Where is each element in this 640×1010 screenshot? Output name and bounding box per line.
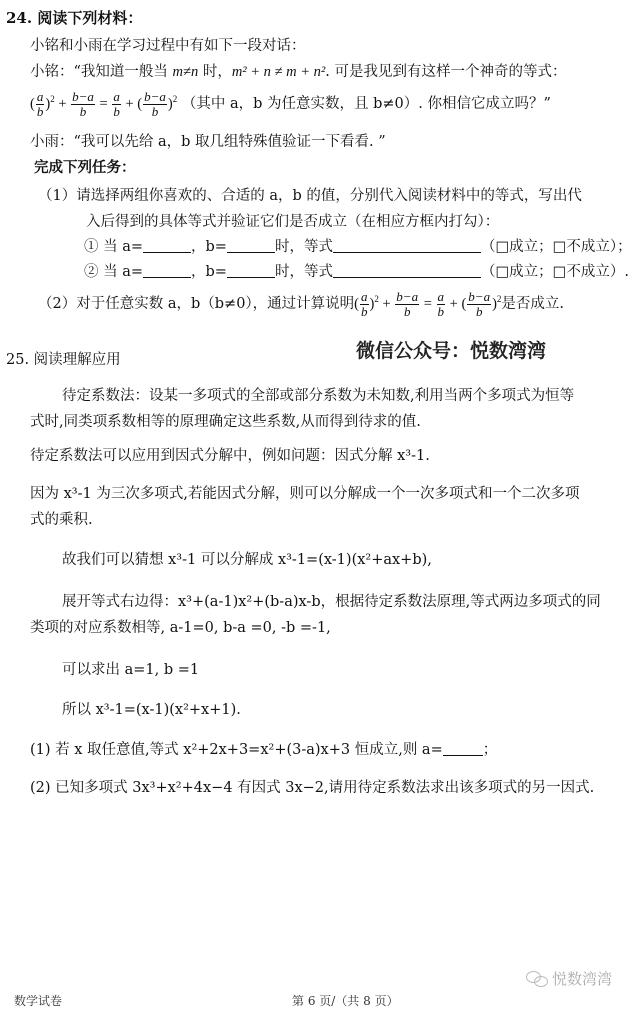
dialog-text: . 可是我见到有这样一个神奇的等式：	[325, 64, 566, 80]
identity-condition: （其中 a，b 为任意实数，且 b≠0）. 你相信它成立吗？”	[182, 96, 551, 112]
wechat-watermark: 微信公众号：悦数湾湾	[356, 336, 546, 363]
q25-p4: 故我们可以猜想 x³-1 可以分解成 x³-1=(x-1)(x²+ax+b),	[62, 550, 432, 570]
identity-formula: (ab)2 + b−ab = ab + (b−ab)2	[354, 296, 501, 312]
q24-task1-line1: （1）请选择两组你喜欢的、合适的 a，b 的值，分别代入阅读材料中的等式，写出代	[38, 186, 582, 206]
q24-identity-line: (ab)2 + b−ab = ab + (b−ab)2 （其中 a，b 为任意实…	[30, 88, 551, 120]
q24-number: 24.	[6, 9, 32, 27]
task-text: 是否成立.	[501, 296, 564, 312]
answer-blank-a1[interactable]	[143, 238, 191, 253]
q25-task1: (1) 若 x 取任意值,等式 x²+2x+3=x²+(3-a)x+3 恒成立,…	[30, 740, 497, 760]
answer-blank-eq1[interactable]	[333, 238, 481, 253]
answer-blank-eq2[interactable]	[333, 263, 481, 278]
task-text: ；	[483, 742, 498, 758]
q25-p7: 所以 x³-1=(x-1)(x²+x+1).	[62, 700, 241, 720]
checkbox-options: （□成立；□不成立）；	[481, 239, 632, 255]
q24-heading: 24. 阅读下列材料：	[6, 8, 142, 28]
q24-title: 阅读下列材料：	[37, 9, 142, 27]
q25-p2: 待定系数法可以应用到因式分解中，例如问题：因式分解 x³-1.	[30, 446, 430, 466]
q24-intro: 小铭和小雨在学习过程中有如下一段对话：	[30, 36, 306, 56]
q25-number: 25.	[6, 352, 29, 368]
inequality-math: m² + n ≠ m + n²	[232, 64, 325, 80]
q25-task2: (2) 已知多项式 3x³+x²+4x−4 有因式 3x−2,请用待定系数法求出…	[30, 778, 594, 798]
q25-title: 阅读理解应用	[34, 352, 121, 368]
answer-blank-b1[interactable]	[227, 238, 275, 253]
answer-blank-a2[interactable]	[143, 263, 191, 278]
logo-text: 悦数湾湾	[552, 968, 612, 989]
q24-task2: （2）对于任意实数 a，b（b≠0），通过计算说明(ab)2 + b−ab = …	[38, 288, 564, 320]
dialog-text: “我知道一般当	[74, 64, 173, 80]
sub-label: 时，等式	[275, 264, 333, 280]
q24-task1-line2: 入后得到的具体等式并验证它们是否成立（在相应方框内打勾）：	[86, 212, 499, 232]
condition-math: m≠n	[173, 64, 199, 80]
q25-p5-line1: 展开等式右边得：x³+(a-1)x²+(b-a)x-b，根据待定系数法原理,等式…	[62, 592, 601, 612]
answer-blank-a[interactable]	[443, 741, 483, 756]
q25-p1-line2: 式时,同类项系数相等的原理确定这些系数,从而得到待求的值.	[30, 412, 421, 432]
sub-label: 时，等式	[275, 239, 333, 255]
checkbox-options: （□成立；□不成立）.	[481, 264, 629, 280]
sub-label: ，b=	[191, 264, 227, 280]
footer-logo: 悦数湾湾	[526, 968, 612, 989]
q25-p5-line2: 类项的对应系数相等, a-1=0, b-a =0, -b =-1,	[30, 618, 331, 638]
wechat-icon	[526, 971, 548, 987]
q25-p1-line1: 待定系数法：设某一多项式的全部或部分系数为未知数,利用当两个多项式为恒等	[62, 386, 574, 406]
sub-label: ① 当 a=	[84, 239, 143, 255]
q24-sub1: ① 当 a=，b=时，等式（□成立；□不成立）；	[84, 237, 632, 257]
sub-label: ② 当 a=	[84, 264, 143, 280]
q25-heading: 25. 阅读理解应用	[6, 350, 121, 370]
q24-sub2: ② 当 a=，b=时，等式（□成立；□不成立）.	[84, 262, 629, 282]
dialog-text: 时，	[198, 64, 232, 80]
answer-blank-b2[interactable]	[227, 263, 275, 278]
q25-p3-line2: 式的乘积.	[30, 510, 93, 530]
q24-xiaoming-line: 小铭：“我知道一般当 m≠n 时，m² + n ≠ m + n². 可是我见到有…	[30, 62, 566, 82]
footer-page-number: 第 6 页/（共 8 页）	[292, 992, 399, 1009]
speaker-label: 小铭：	[30, 64, 74, 80]
sub-label: ，b=	[191, 239, 227, 255]
q24-xiaoyu-line: 小雨：“我可以先给 a，b 取几组特殊值验证一下看看. ”	[30, 132, 386, 152]
q24-tasks-title: 完成下列任务：	[34, 158, 136, 178]
q25-p3-line1: 因为 x³-1 为三次多项式,若能因式分解，则可以分解成一个一次多项式和一个二次…	[30, 484, 579, 504]
footer-subject: 数学试卷	[14, 992, 62, 1009]
task-text: (1) 若 x 取任意值,等式 x²+2x+3=x²+(3-a)x+3 恒成立,…	[30, 742, 443, 758]
identity-formula: (ab)2 + b−ab = ab + (b−ab)2	[30, 96, 177, 112]
q25-p6: 可以求出 a=1, b =1	[62, 660, 199, 680]
task-text: （2）对于任意实数 a，b（b≠0），通过计算说明	[38, 296, 354, 312]
exam-page: 24. 阅读下列材料： 小铭和小雨在学习过程中有如下一段对话： 小铭：“我知道一…	[0, 0, 640, 1010]
